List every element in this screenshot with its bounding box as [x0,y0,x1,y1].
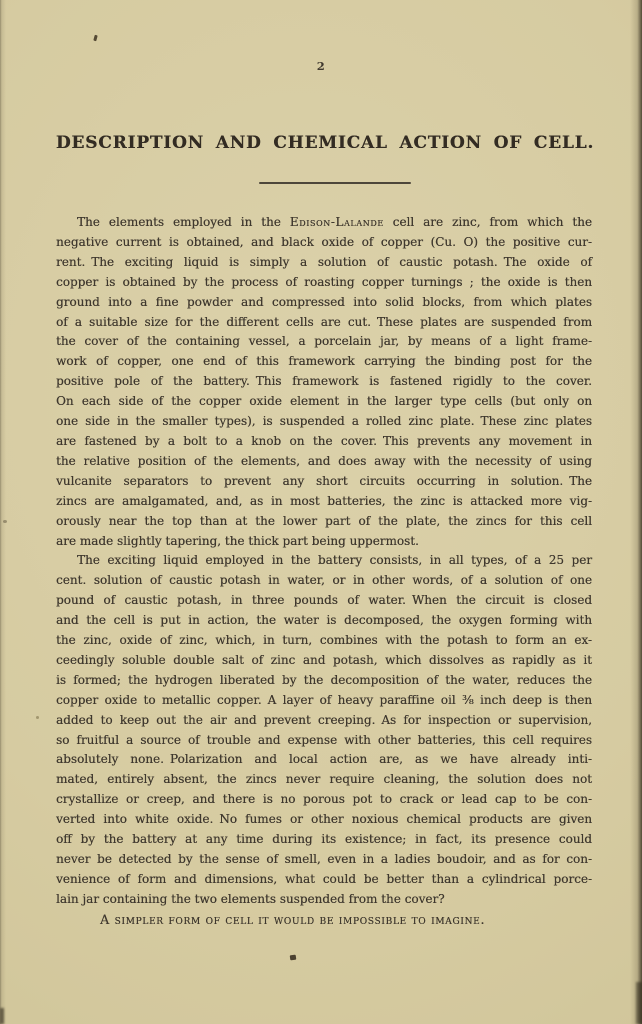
text-segment: cell are zinc, from which the [384,215,592,229]
scanned-page: 2 DESCRIPTION AND CHEMICAL ACTION OF CEL… [0,0,642,1024]
text-line: the relative position of the elements, a… [56,452,592,472]
text-line: are made slightly tapering, the thick pa… [56,532,592,552]
text-line: ceedingly soluble double salt of zinc an… [56,651,592,671]
text-line: of a suitable size for the different cel… [56,313,592,333]
text-line: pound of caustic potash, in three pounds… [56,591,592,611]
scan-speck [3,520,7,523]
text-line: verted into white oxide. No fumes or oth… [56,810,592,830]
page-number: 2 [0,0,642,73]
text-segment: orously near the top than at the lower p… [56,514,592,528]
text-line: The elements employed in the Edison-Lala… [56,213,592,233]
text-line: is formed; the hydrogen liberated by the… [56,671,592,691]
closing-line: A simpler form of cell it would be impos… [56,910,592,930]
text-segment: of a suitable size for the different cel… [56,315,592,329]
text-line: and the cell is put in action, the water… [56,611,592,631]
text-segment: ceedingly soluble double salt of zinc an… [56,653,592,667]
scan-edge-shadow-right [630,0,642,1024]
text-segment: the relative position of the elements, a… [56,454,592,468]
scan-edge-shadow-left [0,0,6,1024]
text-line: absolutely none. Polarization and local … [56,750,592,770]
scan-corner-shadow [636,982,642,1024]
text-line: negative current is obtained, and black … [56,233,592,253]
text-line: mated, entirely absent, the zincs never … [56,770,592,790]
text-line: copper oxide to metallic copper. A layer… [56,691,592,711]
paragraph: The elements employed in the Edison-Lala… [56,213,592,551]
scan-speck [36,716,39,719]
text-segment: added to keep out the air and prevent cr… [56,713,592,727]
text-line: venience of form and dimensions, what co… [56,870,592,890]
text-line: the cover of the containing vessel, a po… [56,332,592,352]
text-segment: are fastened by a bolt to a knob on the … [56,434,592,448]
text-line: off by the battery at any time during it… [56,830,592,850]
text-line: On each side of the copper oxide element… [56,392,592,412]
text-segment: The exciting liquid employed in the batt… [77,553,592,567]
text-segment: and the cell is put in action, the water… [56,613,592,627]
text-segment: is formed; the hydrogen liberated by the… [56,673,592,687]
text-line: never be detected by the sense of smell,… [56,850,592,870]
text-segment: zincs are amalgamated, and, as in most b… [56,494,592,508]
text-segment: lain jar containing the two elements sus… [56,892,445,906]
text-segment: the cover of the containing vessel, a po… [56,334,592,348]
text-segment: are made slightly tapering, the thick pa… [56,534,419,548]
text-segment: so fruitful a source of trouble and expe… [56,733,592,747]
text-segment: the zinc, oxide of zinc, which, in turn,… [56,633,592,647]
text-segment: work of copper, one end of this framewor… [56,354,592,368]
page-title: DESCRIPTION AND CHEMICAL ACTION OF CELL. [48,133,602,153]
text-line: zincs are amalgamated, and, as in most b… [56,492,592,512]
text-line: vulcanite separators to prevent any shor… [56,472,592,492]
small-caps-text: Edison-Lalande [290,215,384,229]
text-line: orously near the top than at the lower p… [56,512,592,532]
text-segment: pound of caustic potash, in three pounds… [56,593,592,607]
title-divider-rule [259,182,411,184]
body-text: The elements employed in the Edison-Lala… [56,213,592,910]
text-line: so fruitful a source of trouble and expe… [56,731,592,751]
text-segment: negative current is obtained, and black … [56,235,592,249]
text-segment: absolutely none. Polarization and local … [56,752,592,766]
text-segment: crystallize or creep, and there is no po… [56,792,592,806]
text-line: The exciting liquid employed in the batt… [56,551,592,571]
text-segment: The elements employed in the [77,215,290,229]
text-segment: never be detected by the sense of smell,… [56,852,592,866]
scan-speck [290,955,297,961]
paragraph: The exciting liquid employed in the batt… [56,551,592,909]
text-line: are fastened by a bolt to a knob on the … [56,432,592,452]
text-segment: rent. The exciting liquid is simply a so… [56,255,592,269]
text-line: ground into a fine powder and compressed… [56,293,592,313]
scan-corner-shadow [0,1008,4,1024]
text-segment: venience of form and dimensions, what co… [56,872,592,886]
text-line: the zinc, oxide of zinc, which, in turn,… [56,631,592,651]
text-line: positive pole of the battery. This frame… [56,372,592,392]
text-line: one side in the smaller types), is suspe… [56,412,592,432]
text-line: lain jar containing the two elements sus… [56,890,592,910]
text-segment: mated, entirely absent, the zincs never … [56,772,592,786]
text-segment: vulcanite separators to prevent any shor… [56,474,592,488]
text-line: cent. solution of caustic potash in wate… [56,571,592,591]
text-segment: copper oxide to metallic copper. A layer… [56,693,592,707]
text-segment: cent. solution of caustic potash in wate… [56,573,592,587]
text-segment: On each side of the copper oxide element… [56,394,592,408]
text-line: added to keep out the air and prevent cr… [56,711,592,731]
text-segment: verted into white oxide. No fumes or oth… [56,812,592,826]
text-line: rent. The exciting liquid is simply a so… [56,253,592,273]
text-line: crystallize or creep, and there is no po… [56,790,592,810]
text-segment: off by the battery at any time during it… [56,832,592,846]
text-line: work of copper, one end of this framewor… [56,352,592,372]
text-line: copper is obtained by the process of roa… [56,273,592,293]
text-segment: ground into a fine powder and compressed… [56,295,592,309]
text-segment: copper is obtained by the process of roa… [56,275,592,289]
text-segment: one side in the smaller types), is suspe… [56,414,592,428]
text-segment: positive pole of the battery. This frame… [56,374,592,388]
